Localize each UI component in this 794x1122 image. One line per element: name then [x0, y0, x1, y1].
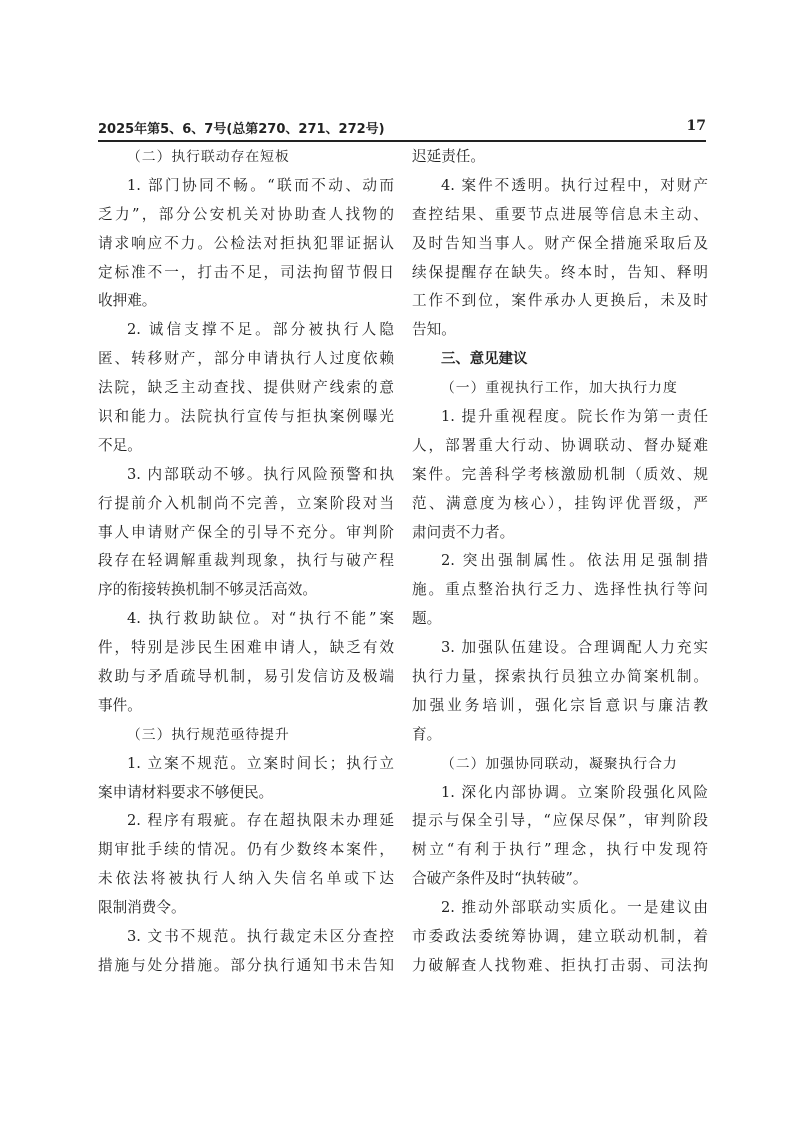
- paragraph-end-line: 收押难。: [98, 287, 394, 316]
- paragraph-start-line: 2. 诚信支撑不足。部分被执行人隐: [98, 316, 394, 345]
- text-line: 人，部署重大行动、协调联动、督办疑难: [412, 432, 708, 461]
- paragraph-end-line: 肃问责不力者。: [412, 519, 708, 548]
- text-line: 件，特别是涉民生困难申请人，缺乏有效: [98, 634, 394, 663]
- section-heading: 三、意见建议: [412, 345, 708, 374]
- text-line: 未依法将被执行人纳入失信名单或下达: [98, 865, 394, 894]
- paragraph-start-line: 4. 案件不透明。执行过程中，对财产: [412, 172, 708, 201]
- text-line: 施。重点整治执行乏力、选择性执行等问: [412, 576, 708, 605]
- text-line: 定标准不一，打击不足，司法拘留节假日: [98, 259, 394, 288]
- paragraph-start-line: 1. 立案不规范。立案时间长；执行立: [98, 750, 394, 779]
- text-line: 段存在轻调解重裁判现象，执行与破产程: [98, 547, 394, 576]
- text-line: 续保提醒存在缺失。终本时，告知、释明: [412, 259, 708, 288]
- paragraph-end-line: 题。: [412, 605, 708, 634]
- paragraph-start-line: 3. 文书不规范。执行裁定未区分查控: [98, 923, 394, 952]
- text-line: 事人申请财产保全的引导不充分。审判阶: [98, 519, 394, 548]
- paragraph-start-line: 3. 内部联动不够。执行风险预警和执: [98, 461, 394, 490]
- text-line: 树立“有利于执行”理念，执行中发现符: [412, 836, 708, 865]
- paragraph-start-line: 1. 部门协同不畅。“联而不动、动而: [98, 172, 394, 201]
- text-line: 加强业务培训，强化宗旨意识与廉洁教: [412, 692, 708, 721]
- text-line: 查控结果、重要节点进展等信息未主动、: [412, 201, 708, 230]
- text-line: 案件。完善科学考核激励机制（质效、规: [412, 461, 708, 490]
- text-line: 乏力”，部分公安机关对协助查人找物的: [98, 201, 394, 230]
- text-line: 范、满意度为核心），挂钩评优晋级，严: [412, 490, 708, 519]
- text-line: 救助与矛盾疏导机制，易引发信访及极端: [98, 663, 394, 692]
- paragraph-end-line: 限制消费令。: [98, 894, 394, 923]
- paragraph-end-line: 案申请材料要求不够便民。: [98, 779, 394, 808]
- paragraph-start-line: 2. 突出强制属性。依法用足强制措: [412, 547, 708, 576]
- subsection-heading: （三）执行规范亟待提升: [98, 721, 394, 750]
- left-column: （二）执行联动存在短板1. 部门协同不畅。“联而不动、动而乏力”，部分公安机关对…: [98, 143, 394, 981]
- text-line: 请求响应不力。公检法对拒执犯罪证据认: [98, 230, 394, 259]
- paragraph-end-line: 不足。: [98, 432, 394, 461]
- paragraph-end-line: 合破产条件及时“执转破”。: [412, 865, 708, 894]
- text-line: 法院，缺乏主动查找、提供财产线索的意: [98, 374, 394, 403]
- text-line: 措施与处分措施。部分执行通知书未告知: [98, 952, 394, 981]
- paragraph-end-line: 事件。: [98, 692, 394, 721]
- text-line: 期审批手续的情况。仍有少数终本案件，: [98, 836, 394, 865]
- paragraph-end-line: 序的衔接转换机制不够灵活高效。: [98, 576, 394, 605]
- subsection-heading: （二）加强协同联动，凝聚执行合力: [412, 750, 708, 779]
- right-column: 迟延责任。4. 案件不透明。执行过程中，对财产查控结果、重要节点进展等信息未主动…: [412, 143, 708, 981]
- issue-label: 2025年第5、6、7号(总第270、271、272号): [98, 118, 385, 137]
- text-line: 力破解查人找物难、拒执打击弱、司法拘: [412, 952, 708, 981]
- paragraph-start-line: 2. 推动外部联动实质化。一是建议由: [412, 894, 708, 923]
- text-line: 匿、转移财产，部分申请执行人过度依赖: [98, 345, 394, 374]
- subsection-heading: （一）重视执行工作，加大执行力度: [412, 374, 708, 403]
- paragraph-start-line: 4. 执行救助缺位。对“执行不能”案: [98, 605, 394, 634]
- text-line: 识和能力。法院执行宣传与拒执案例曝光: [98, 403, 394, 432]
- page-header: 2025年第5、6、7号(总第270、271、272号) 17: [98, 118, 706, 142]
- paragraph-start-line: 1. 提升重视程度。院长作为第一责任: [412, 403, 708, 432]
- text-line: 市委政法委统筹协调，建立联动机制，着: [412, 923, 708, 952]
- page-number: 17: [687, 118, 706, 134]
- text-line: 工作不到位，案件承办人更换后，未及时: [412, 287, 708, 316]
- text-line: 提示与保全引导，“应保尽保”，审判阶段: [412, 807, 708, 836]
- text-line: 执行力量，探索执行员独立办简案机制。: [412, 663, 708, 692]
- paragraph-end-line: 迟延责任。: [412, 143, 708, 172]
- paragraph-start-line: 3. 加强队伍建设。合理调配人力充实: [412, 634, 708, 663]
- paragraph-end-line: 育。: [412, 721, 708, 750]
- paragraph-end-line: 告知。: [412, 316, 708, 345]
- paragraph-start-line: 1. 深化内部协调。立案阶段强化风险: [412, 779, 708, 808]
- subsection-heading: （二）执行联动存在短板: [98, 143, 394, 172]
- text-line: 行提前介入机制尚不完善，立案阶段对当: [98, 490, 394, 519]
- text-line: 及时告知当事人。财产保全措施采取后及: [412, 230, 708, 259]
- paragraph-start-line: 2. 程序有瑕疵。存在超执限未办理延: [98, 807, 394, 836]
